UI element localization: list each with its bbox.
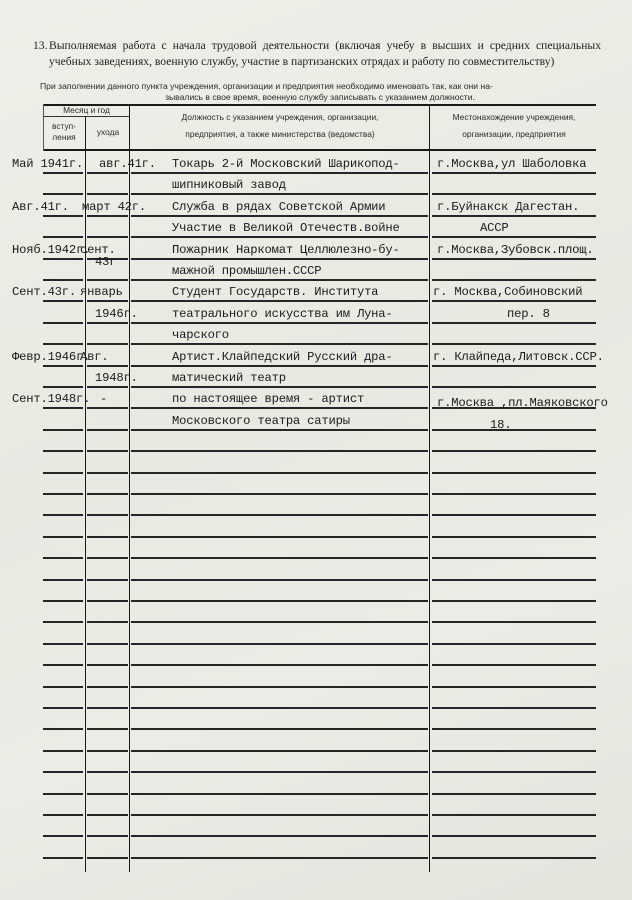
ruled-line: [87, 300, 128, 302]
entry-start-date: Сент.1948г.: [12, 392, 90, 406]
question-text: Выполняемая работа с начала трудовой дея…: [33, 38, 601, 69]
ruled-line: [131, 814, 428, 816]
header-location-2: организации, предприятия: [432, 129, 596, 140]
ruled-line: [131, 407, 428, 409]
ruled-line: [43, 750, 83, 752]
ruled-line: [43, 258, 83, 260]
header-position-2: предприятия, а также министерства (ведом…: [131, 129, 429, 140]
ruled-line: [131, 600, 428, 602]
ruled-line: [43, 600, 83, 602]
ruled-line: [432, 493, 596, 495]
ruled-line: [87, 536, 128, 538]
ruled-line: [432, 814, 596, 816]
month-year-divider: [43, 116, 130, 117]
ruled-line: [43, 707, 83, 709]
ruled-line: [131, 472, 428, 474]
ruled-line: [43, 322, 83, 324]
ruled-line: [131, 365, 428, 367]
ruled-line: [43, 407, 83, 409]
entry-position: Студент Государств. Института: [172, 285, 378, 299]
entry-end-date: январь: [80, 285, 123, 299]
ruled-line: [432, 750, 596, 752]
ruled-line: [43, 215, 83, 217]
entry-position: Московского театра сатиры: [172, 414, 350, 428]
ruled-line: [131, 707, 428, 709]
ruled-line: [432, 322, 596, 324]
ruled-line: [432, 386, 596, 388]
entry-start-date: Нояб.1942г.: [12, 243, 90, 257]
ruled-line: [87, 215, 128, 217]
entry-position: мажной промышлен.СССР: [172, 264, 321, 278]
entry-position: Токарь 2-й Московский Шарикопод-: [172, 157, 400, 171]
ruled-line: [432, 793, 596, 795]
entry-end-date: 1948г.: [95, 371, 138, 385]
ruled-line: [131, 621, 428, 623]
ruled-line: [87, 728, 128, 730]
ruled-line: [131, 429, 428, 431]
ruled-line: [43, 835, 83, 837]
entry-start-date: Май 1941г.: [12, 157, 83, 171]
ruled-line: [87, 322, 128, 324]
ruled-line: [432, 236, 596, 238]
ruled-line: [131, 193, 428, 195]
entry-end-date: -: [100, 392, 107, 406]
ruled-line: [131, 172, 428, 174]
ruled-line: [432, 643, 596, 645]
ruled-line: [43, 450, 83, 452]
entry-end-date: 1946г.: [95, 307, 138, 321]
ruled-line: [432, 579, 596, 581]
ruled-line: [131, 643, 428, 645]
ruled-line: [432, 172, 596, 174]
instruction-line-1: При заполнении данного пункта учреждения…: [40, 81, 600, 92]
entry-end-date: авг.41г.: [99, 157, 156, 171]
question-13: 13. Выполняемая работа с начала трудовой…: [33, 38, 601, 69]
header-month-year: Месяц и год: [43, 105, 130, 116]
ruled-line: [87, 472, 128, 474]
entry-location: г.Москва,ул Шаболовка: [437, 157, 586, 171]
entry-start-date: Авг.41г.: [12, 200, 69, 214]
ruled-line: [43, 472, 83, 474]
header-start: вступ- ления: [43, 121, 85, 143]
entry-position: матический театр: [172, 371, 286, 385]
entry-start-date: Сент.43г.: [12, 285, 76, 299]
ruled-line: [87, 193, 128, 195]
ruled-line: [43, 236, 83, 238]
ruled-line: [131, 279, 428, 281]
ruled-line: [43, 814, 83, 816]
ruled-line: [131, 557, 428, 559]
ruled-line: [43, 771, 83, 773]
ruled-line: [43, 429, 83, 431]
column-divider-end-position: [129, 104, 130, 872]
question-number: 13.: [33, 38, 48, 54]
header-bottom-border: [43, 149, 596, 151]
ruled-line: [432, 514, 596, 516]
entry-location: г. Клайпеда,Литовск.ССР.: [433, 350, 604, 364]
ruled-line: [131, 236, 428, 238]
ruled-line: [43, 279, 83, 281]
entry-position: театрального искусства им Луна-: [172, 307, 393, 321]
entry-location: г.Буйнакск Дагестан.: [437, 200, 579, 214]
entry-position: чарского: [172, 328, 229, 342]
entry-position: Пожарник Наркомат Целлюлезно-бу-: [172, 243, 400, 257]
ruled-line: [432, 664, 596, 666]
ruled-line: [131, 258, 428, 260]
ruled-line: [131, 493, 428, 495]
ruled-line: [131, 215, 428, 217]
entry-end-date: март 42г.: [82, 200, 146, 214]
ruled-line: [131, 793, 428, 795]
ruled-line: [131, 750, 428, 752]
column-divider-position-location: [429, 104, 430, 872]
ruled-line: [87, 343, 128, 345]
ruled-line: [43, 686, 83, 688]
ruled-line: [87, 514, 128, 516]
ruled-line: [432, 365, 596, 367]
ruled-line: [432, 771, 596, 773]
ruled-line: [432, 193, 596, 195]
ruled-line: [432, 215, 596, 217]
ruled-line: [432, 600, 596, 602]
entry-location: г. Москва,Собиновский: [433, 285, 582, 299]
ruled-line: [43, 193, 83, 195]
ruled-line: [43, 300, 83, 302]
ruled-line: [432, 686, 596, 688]
ruled-line: [131, 728, 428, 730]
entry-position: шипниковый завод: [172, 178, 286, 192]
ruled-line: [432, 343, 596, 345]
ruled-line: [87, 579, 128, 581]
entry-start-date: Февр.1946г.: [12, 350, 90, 364]
ruled-line: [43, 557, 83, 559]
ruled-line: [43, 493, 83, 495]
ruled-line: [432, 450, 596, 452]
ruled-line: [432, 707, 596, 709]
table-left-border: [43, 104, 44, 151]
ruled-line: [87, 707, 128, 709]
entry-location: 18.: [490, 418, 511, 432]
ruled-line: [131, 322, 428, 324]
ruled-line: [43, 664, 83, 666]
instruction-note: При заполнении данного пункта учреждения…: [40, 81, 600, 102]
ruled-line: [43, 621, 83, 623]
ruled-line: [87, 493, 128, 495]
ruled-line: [432, 557, 596, 559]
ruled-line: [131, 450, 428, 452]
entry-location: г.Москва ,пл.Маяковского: [437, 396, 608, 410]
ruled-line: [87, 750, 128, 752]
ruled-line: [131, 857, 428, 859]
ruled-line: [432, 279, 596, 281]
ruled-line: [131, 771, 428, 773]
ruled-line: [43, 365, 83, 367]
entry-end-date: 43г: [95, 255, 116, 269]
ruled-line: [87, 686, 128, 688]
ruled-line: [131, 536, 428, 538]
entry-position: по настоящее время - артист: [172, 392, 364, 406]
ruled-line: [432, 300, 596, 302]
ruled-line: [432, 429, 596, 431]
ruled-line: [43, 514, 83, 516]
ruled-line: [87, 664, 128, 666]
ruled-line: [87, 365, 128, 367]
ruled-line: [87, 450, 128, 452]
ruled-line: [87, 621, 128, 623]
header-end: ухода: [86, 127, 130, 138]
ruled-line: [87, 814, 128, 816]
ruled-line: [131, 579, 428, 581]
ruled-line: [87, 429, 128, 431]
entry-position: Служба в рядах Советской Армии: [172, 200, 385, 214]
instruction-line-2: зывались в свое время, военную службу за…: [165, 92, 475, 102]
header-position-1: Должность с указанием учреждения, органи…: [131, 112, 429, 123]
ruled-line: [43, 579, 83, 581]
ruled-line: [87, 793, 128, 795]
ruled-line: [432, 536, 596, 538]
ruled-line: [87, 600, 128, 602]
ruled-line: [131, 343, 428, 345]
ruled-line: [43, 728, 83, 730]
ruled-line: [87, 835, 128, 837]
header-location-1: Местонахождение учреждения,: [432, 112, 596, 123]
ruled-line: [43, 343, 83, 345]
entry-position: Участие в Великой Отечеств.войне: [172, 221, 400, 235]
ruled-line: [43, 386, 83, 388]
entry-location: пер. 8: [507, 307, 550, 321]
ruled-line: [87, 771, 128, 773]
form-page: 13. Выполняемая работа с начала трудовой…: [0, 0, 632, 900]
ruled-line: [131, 514, 428, 516]
ruled-line: [43, 536, 83, 538]
ruled-line: [131, 686, 428, 688]
ruled-line: [87, 407, 128, 409]
ruled-line: [87, 643, 128, 645]
entry-location: АССР: [480, 221, 508, 235]
ruled-line: [87, 172, 128, 174]
ruled-line: [131, 386, 428, 388]
ruled-line: [87, 279, 128, 281]
ruled-line: [43, 793, 83, 795]
ruled-line: [432, 857, 596, 859]
entry-position: Артист.Клайпедский Русский дра-: [172, 350, 393, 364]
ruled-line: [87, 386, 128, 388]
ruled-line: [432, 472, 596, 474]
ruled-line: [432, 258, 596, 260]
ruled-line: [87, 857, 128, 859]
ruled-line: [131, 664, 428, 666]
ruled-line: [131, 300, 428, 302]
ruled-line: [87, 236, 128, 238]
ruled-line: [43, 172, 83, 174]
ruled-line: [87, 557, 128, 559]
entry-end-date: Авг.: [80, 350, 108, 364]
ruled-line: [43, 857, 83, 859]
ruled-line: [43, 643, 83, 645]
ruled-line: [432, 621, 596, 623]
ruled-line: [131, 835, 428, 837]
ruled-line: [432, 835, 596, 837]
entry-location: г.Москва,Зубовск.площ.: [437, 243, 594, 257]
ruled-line: [432, 728, 596, 730]
